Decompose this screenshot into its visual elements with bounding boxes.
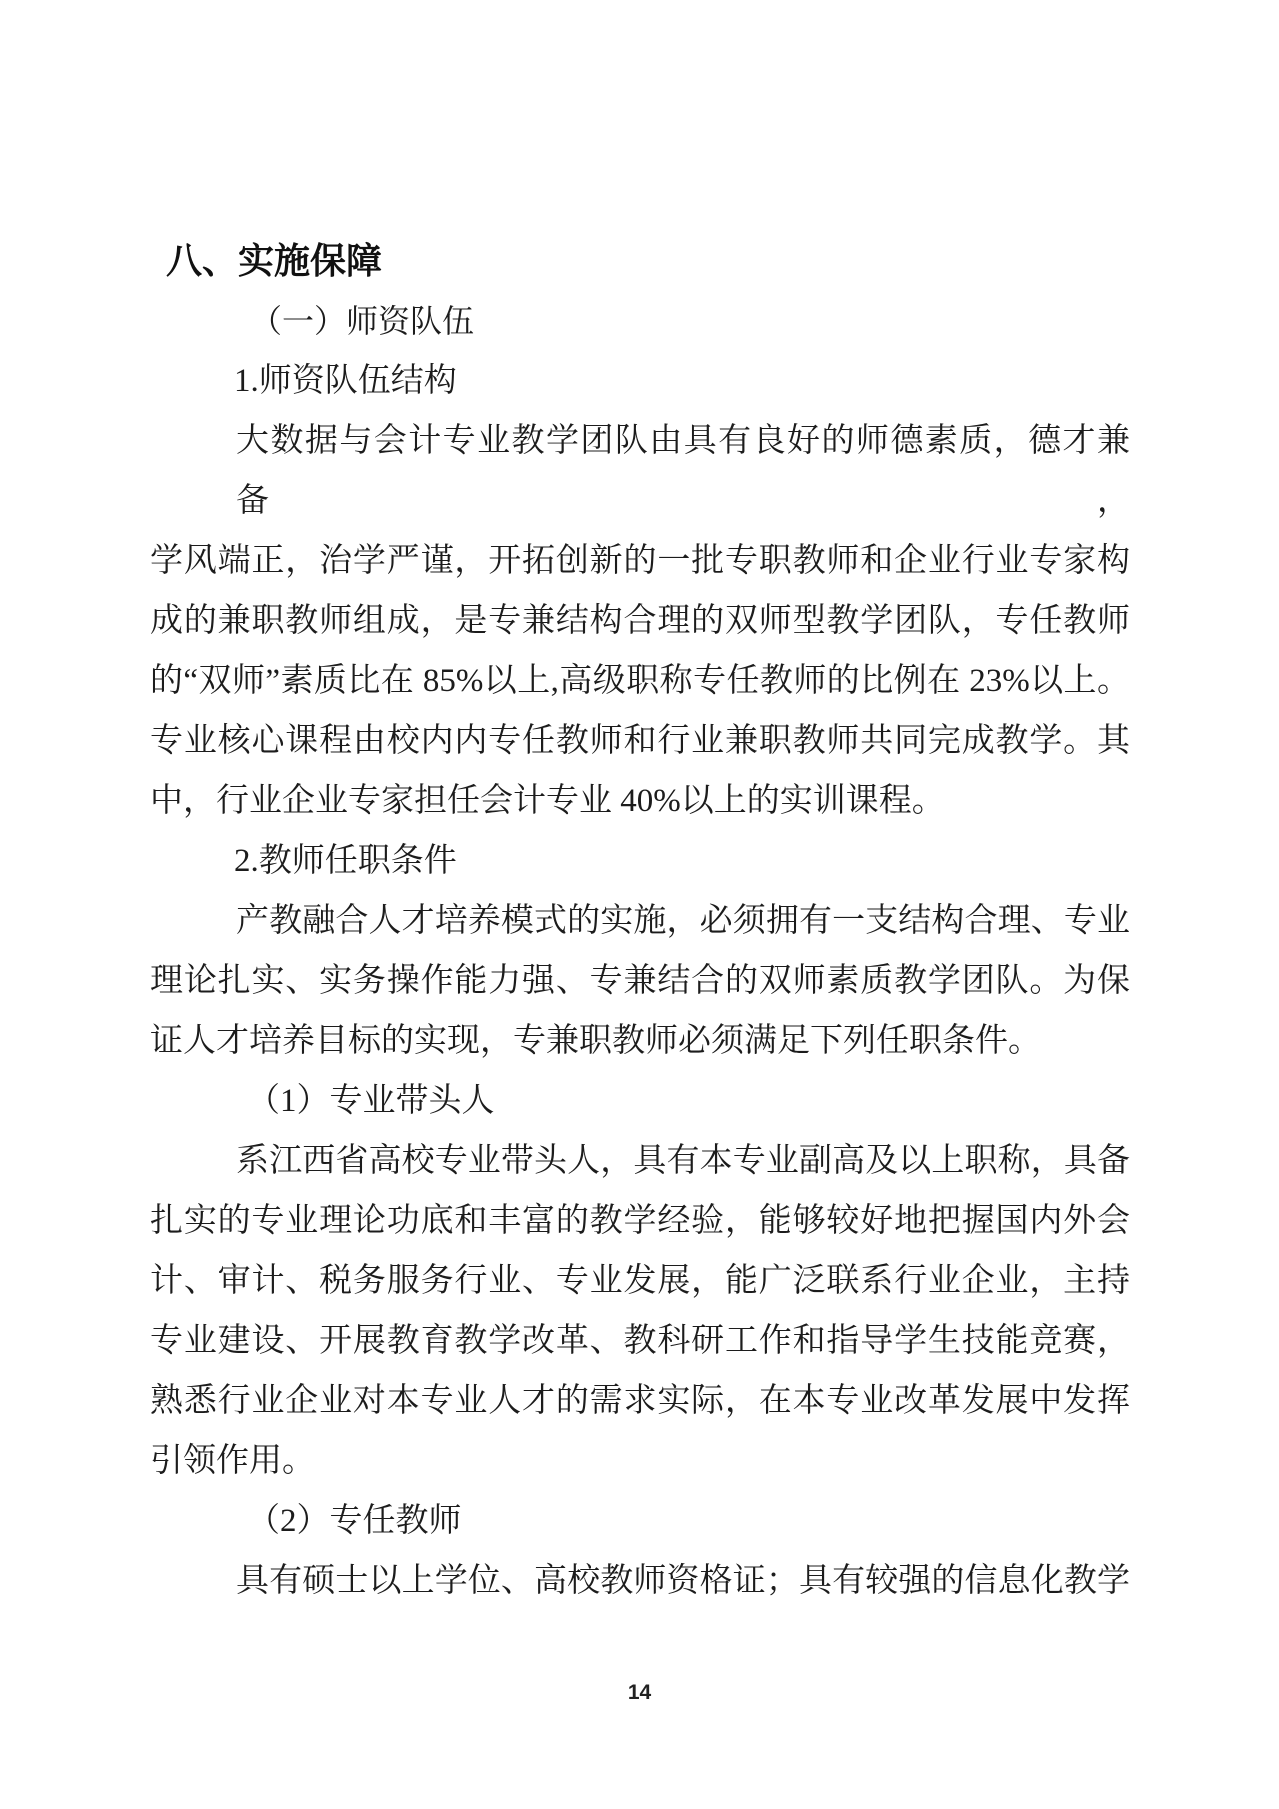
paragraph-line: 计、审计、税务服务行业、专业发展，能广泛联系行业企业，主持 [150, 1251, 1130, 1311]
paragraph-line: 专业建设、开展教育教学改革、教科研工作和指导学生技能竞赛， [150, 1311, 1130, 1371]
page-number: 14 [0, 1680, 1279, 1706]
sub-item-heading-1: （1）专业带头人 [150, 1071, 1130, 1131]
section-heading: 八、实施保障 [150, 231, 1130, 291]
document-body: 八、实施保障 （一）师资队伍 1.师资队伍结构 大数据与会计专业教学团队由具有良… [150, 231, 1130, 1611]
paragraph-line: 产教融合人才培养模式的实施，必须拥有一支结构合理、专业 [150, 891, 1130, 951]
paragraph-line: 具有硕士以上学位、高校教师资格证；具有较强的信息化教学 [150, 1551, 1130, 1611]
item-heading-1: 1.师资队伍结构 [150, 351, 1130, 411]
paragraph-line: 学风端正，治学严谨，开拓创新的一批专职教师和企业行业专家构 [150, 531, 1130, 591]
paragraph-line: 的“双师”素质比在 85%以上,高级职称专任教师的比例在 23%以上。 [150, 651, 1130, 711]
paragraph-line: 大数据与会计专业教学团队由具有良好的师德素质，德才兼备， [150, 411, 1130, 531]
paragraph-line: 扎实的专业理论功底和丰富的教学经验，能够较好地把握国内外会 [150, 1191, 1130, 1251]
subsection-heading: （一）师资队伍 [150, 291, 1130, 351]
paragraph-line: 引领作用。 [150, 1431, 1130, 1491]
sub-item-heading-2: （2）专任教师 [150, 1491, 1130, 1551]
document-page: 八、实施保障 （一）师资队伍 1.师资队伍结构 大数据与会计专业教学团队由具有良… [0, 0, 1279, 1809]
paragraph-line: 熟悉行业企业对本专业人才的需求实际，在本专业改革发展中发挥 [150, 1371, 1130, 1431]
item-heading-2: 2.教师任职条件 [150, 831, 1130, 891]
paragraph-line: 成的兼职教师组成，是专兼结构合理的双师型教学团队，专任教师 [150, 591, 1130, 651]
paragraph-line: 专业核心课程由校内内专任教师和行业兼职教师共同完成教学。其 [150, 711, 1130, 771]
paragraph-line: 证人才培养目标的实现，专兼职教师必须满足下列任职条件。 [150, 1011, 1130, 1071]
paragraph-line: 理论扎实、实务操作能力强、专兼结合的双师素质教学团队。为保 [150, 951, 1130, 1011]
paragraph-line: 系江西省高校专业带头人，具有本专业副高及以上职称，具备 [150, 1131, 1130, 1191]
paragraph-line: 中，行业企业专家担任会计专业 40%以上的实训课程。 [150, 771, 1130, 831]
